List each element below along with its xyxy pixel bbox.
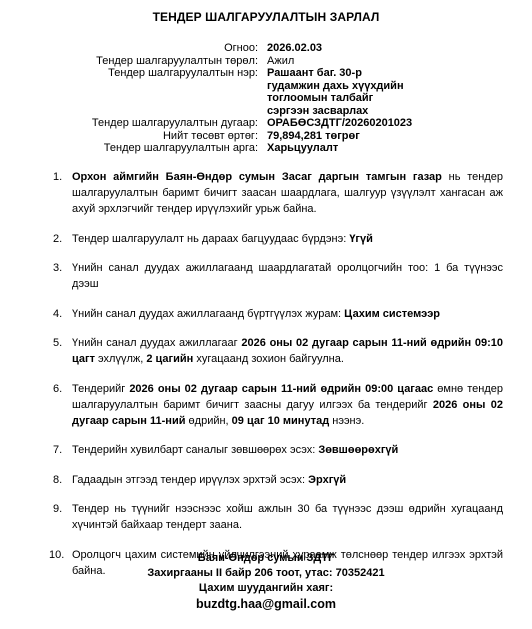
- body-text: Үнийн санал дуудах ажиллагаанд шаардлага…: [72, 262, 503, 290]
- list-number: 5.: [53, 335, 62, 351]
- body-text: эхлүүлж,: [95, 353, 146, 365]
- emphasis-text: Үгүй: [349, 233, 373, 245]
- list-number: 7.: [53, 442, 62, 458]
- emphasis-text: Орхон аймгийн Баян-Өндөр сумын Засаг дар…: [72, 171, 442, 183]
- list-number: 8.: [53, 472, 62, 488]
- tender-conditions-list: 1.Орхон аймгийн Баян-Өндөр сумын Засаг д…: [0, 169, 532, 592]
- tender-info-block: Огноо: 2026.02.03 Тендер шалгаруулалтын …: [0, 42, 532, 155]
- info-label: Тендер шалгаруулалтын төрөл:: [0, 55, 258, 68]
- body-text: Тендер шалгаруулалт нь дараах багцуудаас…: [72, 233, 349, 245]
- info-value: Ажил: [267, 55, 417, 68]
- list-item: 3.Үнийн санал дуудах ажиллагаанд шаардла…: [0, 260, 503, 292]
- info-row-type: Тендер шалгаруулалтын төрөл: Ажил: [0, 55, 532, 68]
- body-text: Гадаадын этгээд тендер ирүүлэх эрхтэй эс…: [72, 474, 308, 486]
- contact-footer: Баян-Өндөр сумын ЗДТГ Захиргааны II байр…: [0, 551, 532, 612]
- info-value: Харьцуулалт: [267, 142, 417, 155]
- info-label: Тендер шалгаруулалтын дугаар:: [0, 117, 258, 130]
- info-value: 2026.02.03: [267, 42, 417, 55]
- list-item: 9.Тендер нь түүнийг нээснээс хойш ажлын …: [0, 501, 503, 533]
- info-row-budget: Нийт төсөвт өртөг: 79,894,281 төгрөг: [0, 130, 532, 143]
- info-value: ОРАБӨСЗДТГ/20260201023: [267, 117, 467, 130]
- emphasis-text: 09 цаг 10 минутад: [232, 415, 330, 427]
- list-item: 2.Тендер шалгаруулалт нь дараах багцууда…: [0, 231, 503, 247]
- footer-address: Захиргааны II байр 206 тоот, утас: 70352…: [0, 566, 532, 581]
- emphasis-text: Цахим системээр: [344, 308, 440, 320]
- list-item: 8.Гадаадын этгээд тендер ирүүлэх эрхтэй …: [0, 472, 503, 488]
- body-text: Үнийн санал дуудах ажиллагаанд бүртгүүлэ…: [72, 308, 344, 320]
- info-row-number: Тендер шалгаруулалтын дугаар: ОРАБӨСЗДТГ…: [0, 117, 532, 130]
- info-label: Тендер шалгаруулалтын арга:: [0, 142, 258, 155]
- info-label: Огноо:: [0, 42, 258, 55]
- info-value: 79,894,281 төгрөг: [267, 130, 417, 143]
- list-item: 1.Орхон аймгийн Баян-Өндөр сумын Засаг д…: [0, 169, 503, 217]
- body-text: Үнийн санал дуудах ажиллагааг: [72, 337, 241, 349]
- list-number: 3.: [53, 260, 62, 276]
- body-text: Тендер нь түүнийг нээснээс хойш ажлын 30…: [72, 503, 503, 531]
- list-number: 1.: [53, 169, 62, 185]
- info-value: Рашаант баг. 30-р гудамжин дахь хүүхдийн…: [267, 67, 407, 117]
- body-text: өдрийн,: [185, 415, 231, 427]
- list-number: 2.: [53, 231, 62, 247]
- list-number: 4.: [53, 306, 62, 322]
- list-item: 4.Үнийн санал дуудах ажиллагаанд бүртгүү…: [0, 306, 503, 322]
- footer-org: Баян-Өндөр сумын ЗДТГ: [0, 551, 532, 566]
- info-row-name: Тендер шалгаруулалтын нэр: Рашаант баг. …: [0, 67, 532, 117]
- list-item: 6.Тендерийг 2026 оны 02 дугаар сарын 11-…: [0, 381, 503, 429]
- info-label: Тендер шалгаруулалтын нэр:: [0, 67, 258, 117]
- info-row-method: Тендер шалгаруулалтын арга: Харьцуулалт: [0, 142, 532, 155]
- info-row-date: Огноо: 2026.02.03: [0, 42, 532, 55]
- emphasis-text: Зөвшөөрөхгүй: [318, 444, 398, 456]
- list-number: 9.: [53, 501, 62, 517]
- emphasis-text: Эрхгүй: [308, 474, 346, 486]
- footer-email-label: Цахим шуудангийн хаяг:: [0, 581, 532, 596]
- footer-email[interactable]: buzdtg.haa@gmail.com: [0, 596, 532, 612]
- body-text: хугацаанд зохион байгуулна.: [193, 353, 344, 365]
- emphasis-text: 2 цагийн: [146, 353, 193, 365]
- body-text: нээнэ.: [329, 415, 364, 427]
- list-item: 5.Үнийн санал дуудах ажиллагааг 2026 оны…: [0, 335, 503, 367]
- emphasis-text: 2026 оны 02 дугаар сарын 11-ний өдрийн 0…: [129, 383, 433, 395]
- body-text: Тендерийг: [72, 383, 129, 395]
- document-title: ТЕНДЕР ШАЛГАРУУЛАЛТЫН ЗАРЛАЛ: [0, 10, 532, 24]
- info-label: Нийт төсөвт өртөг:: [0, 130, 258, 143]
- body-text: Тендерийн хувилбарт саналыг зөвшөөрөх эс…: [72, 444, 318, 456]
- list-item: 7.Тендерийн хувилбарт саналыг зөвшөөрөх …: [0, 442, 503, 458]
- list-number: 6.: [53, 381, 62, 397]
